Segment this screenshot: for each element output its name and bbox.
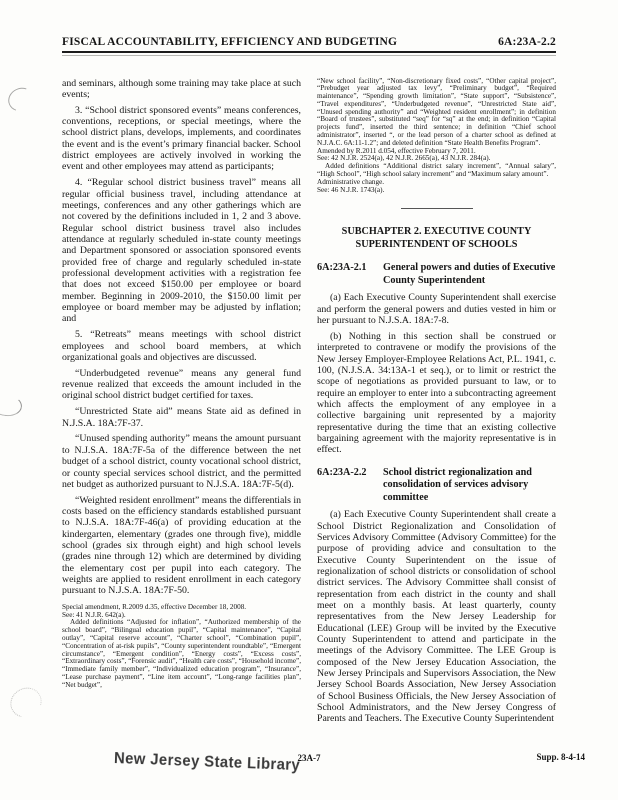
subchapter-divider	[401, 208, 473, 209]
definition-item-5: 5. “Retreats” means meetings with school…	[62, 329, 301, 363]
history-notes-left: Special amendment, R.2009 d.35, effectiv…	[62, 604, 301, 690]
scan-pen-mark-top	[4, 84, 37, 116]
added-definitions-note: Added definitions “Adjusted for inflatio…	[62, 619, 301, 689]
left-column: and seminars, although some training may…	[62, 78, 301, 730]
right-column: “New school facility”, “Non-discretionar…	[317, 78, 556, 730]
running-head-title: FISCAL ACCOUNTABILITY, EFFICIENCY AND BU…	[62, 36, 397, 48]
section-2-1-paragraph-b: (b) Nothing in this section shall be con…	[317, 331, 556, 456]
added-definitions-note: Added definitions “Additional district s…	[317, 163, 556, 179]
scan-pen-mark-middle	[0, 392, 23, 418]
supplement-date: Supp. 8-4-14	[536, 752, 585, 762]
scan-pen-mark-bottom	[5, 682, 47, 723]
section-number: 6A:23A-2.1	[317, 262, 373, 287]
definition-weighted-resident-enrollment: “Weighted resident enrollment” means the…	[62, 495, 301, 597]
definition-item-4: 4. “Regular school district business tra…	[62, 177, 301, 324]
added-definitions-continuation: “New school facility”, “Non-discretionar…	[317, 78, 556, 148]
subchapter-heading: SUBCHAPTER 2. EXECUTIVE COUNTY SUPERINTE…	[331, 225, 543, 251]
running-head-section: 6A:23A-2.2	[498, 36, 556, 48]
two-column-text: and seminars, although some training may…	[62, 78, 556, 730]
section-number: 6A:23A-2.2	[317, 467, 373, 505]
section-title: School district regionalization and cons…	[383, 467, 556, 505]
definition-item-3: 3. “School district sponsored events” me…	[62, 105, 301, 173]
section-title: General powers and duties of Executive C…	[383, 262, 556, 287]
page-content: FISCAL ACCOUNTABILITY, EFFICIENCY AND BU…	[62, 36, 556, 729]
definition-underbudgeted-revenue: “Underbudgeted revenue” means any genera…	[62, 368, 301, 402]
section-2-2-paragraph-a: (a) Each Executive County Superintendent…	[317, 509, 556, 725]
section-heading-2-1: 6A:23A-2.1 General powers and duties of …	[317, 262, 556, 287]
page-number: 23A-7	[0, 753, 618, 763]
continuation-paragraph: and seminars, although some training may…	[62, 78, 301, 101]
see-citation: See: 46 N.J.R. 1743(a).	[317, 187, 556, 195]
definition-unused-spending-authority: “Unused spending authority” means the am…	[62, 433, 301, 490]
header-rule	[62, 51, 556, 53]
section-2-1-paragraph-a: (a) Each Executive County Superintendent…	[317, 292, 556, 326]
history-notes-right: “New school facility”, “Non-discretionar…	[317, 78, 556, 195]
running-head: FISCAL ACCOUNTABILITY, EFFICIENCY AND BU…	[62, 36, 556, 51]
document-page: FISCAL ACCOUNTABILITY, EFFICIENCY AND BU…	[0, 0, 618, 800]
header-rule-thin	[62, 55, 556, 56]
definition-unrestricted-state-aid: “Unrestricted State aid” means State aid…	[62, 406, 301, 429]
section-heading-2-2: 6A:23A-2.2 School district regionalizati…	[317, 467, 556, 505]
